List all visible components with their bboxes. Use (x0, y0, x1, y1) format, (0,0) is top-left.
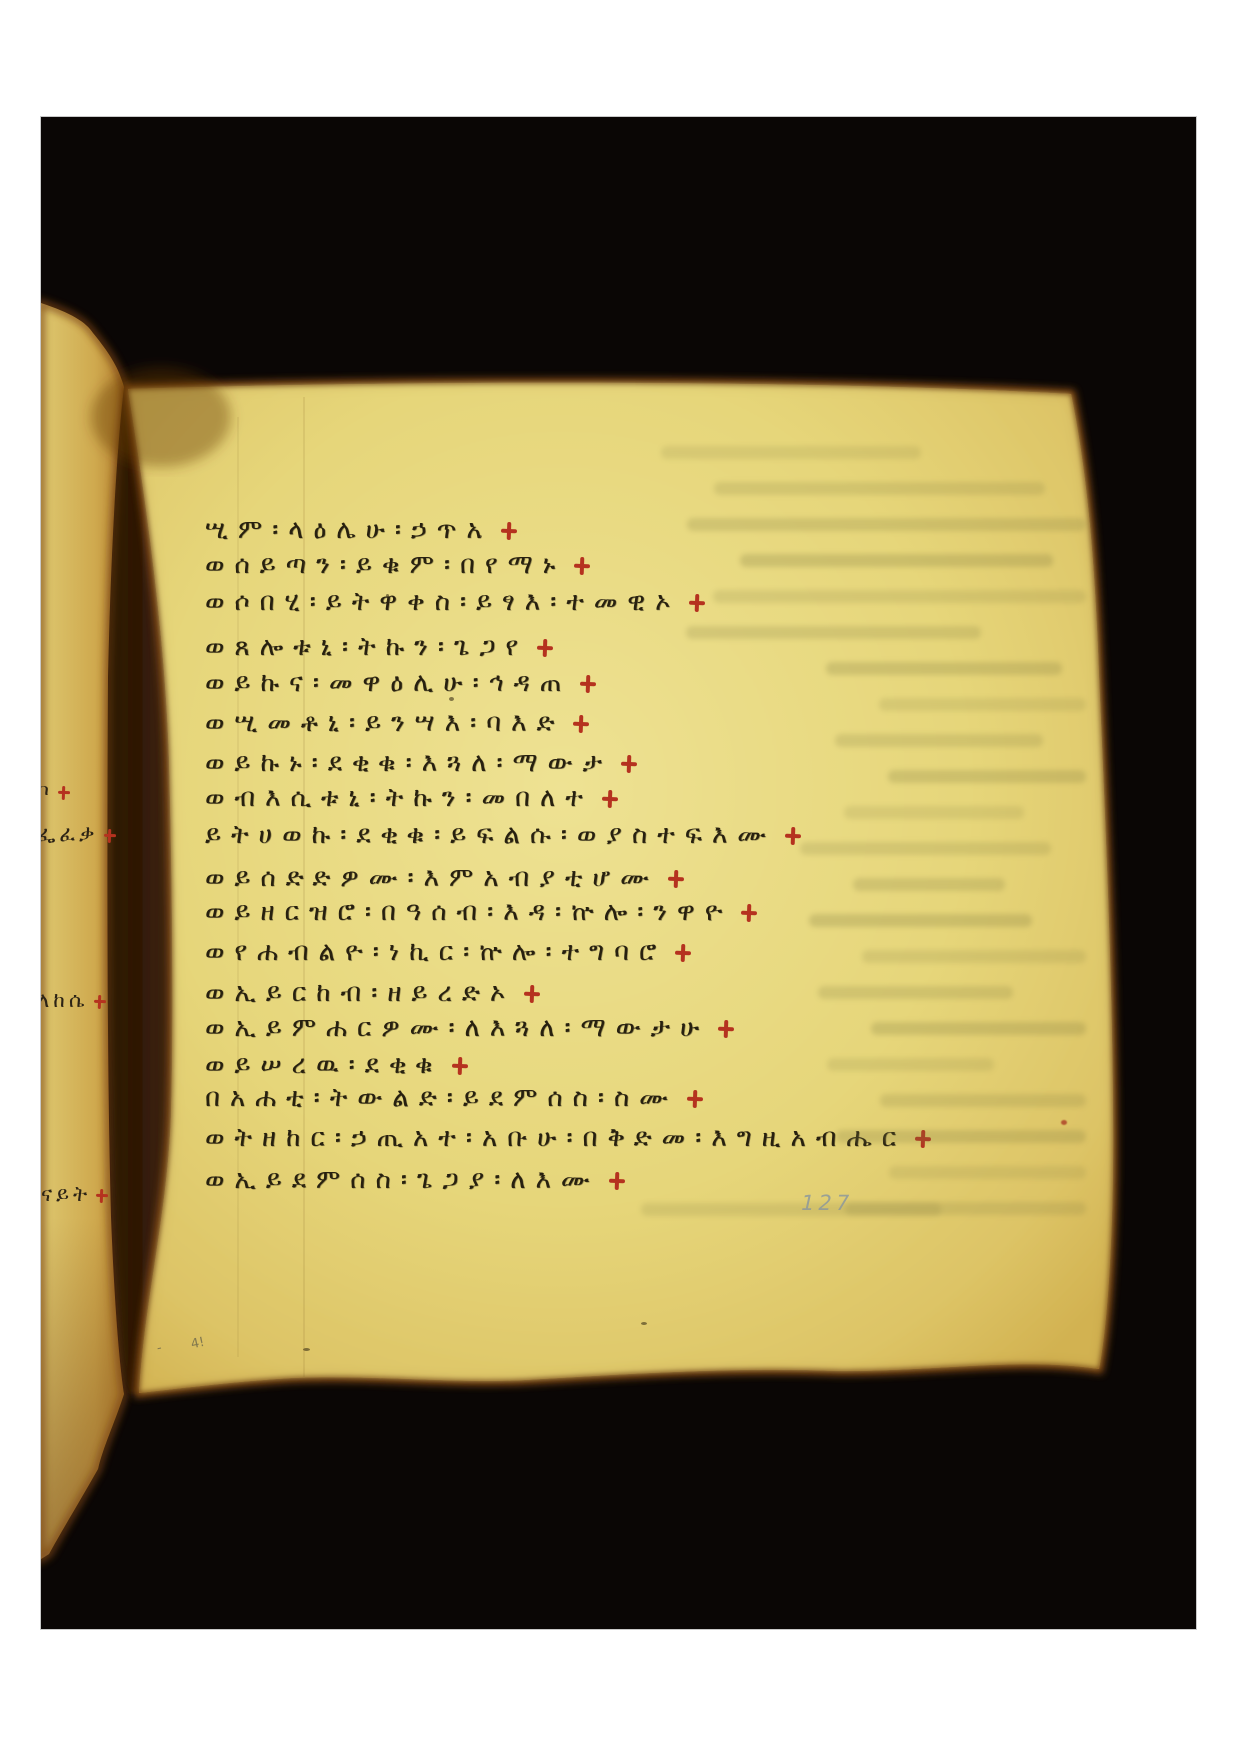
red-cross-separator (718, 1020, 735, 1039)
ghost-text-row (827, 1058, 994, 1071)
ghost-text-row (871, 1022, 1086, 1035)
ghost-text-row (641, 1203, 941, 1216)
geez-text: ለከሴ (40, 988, 89, 1012)
geez-text: ወትዘከር፡ኃጢአተ፡አቡሁ፡በቅድመ፡እግዚአብሔር (205, 1123, 906, 1153)
red-cross-separator (500, 522, 517, 541)
geez-text: ናይት (41, 1182, 91, 1206)
pencil-mark: 4! (190, 1335, 206, 1352)
ghost-text-row (809, 914, 1032, 927)
folio-number-pencil: 127 (798, 1191, 855, 1215)
text-line: ወኢይርከብ፡ዘይረድኦ (205, 979, 540, 1007)
text-line: ወይሠረዉ፡ደቂቁ (205, 1051, 468, 1079)
ink-speck (386, 594, 389, 597)
ghost-text-row (686, 626, 981, 639)
red-cross-separator (580, 675, 597, 694)
text-line: ወይሰድድዎሙ፡እምአብያቲሆሙ (205, 864, 684, 892)
geez-text: ወይዘርዝሮ፡በዓሰብ፡እዳ፡ኵሎ፡ንዋዮ (205, 897, 732, 927)
ghost-text-row (800, 842, 1051, 855)
ghost-text-row (844, 806, 1024, 819)
red-cross-separator (785, 827, 802, 846)
geez-text: ወይሠረዉ፡ደቂቁ (205, 1050, 443, 1080)
red-cross-separator (96, 1189, 108, 1203)
geez-text: ወይኩና፡መዋዕሊሁ፡ኅዳጠ (205, 668, 571, 698)
text-line: ወይኩኑ፡ደቂቁ፡እጓለ፡ማውታ (205, 749, 637, 777)
ghost-text-row (661, 446, 921, 459)
red-cross-separator (93, 995, 105, 1009)
text-line: ወኢይደምሰስ፡ጌጋያ፡ለእሙ (205, 1166, 625, 1194)
geez-text: ወሶበሂ፡ይትዋቀስ፡ይፃእ፡ተመዊኦ (205, 587, 680, 617)
ghost-text-row (879, 698, 1086, 711)
text-line: ወጸሎቱኒ፡ትኩን፡ጌጋየ (205, 633, 553, 661)
red-cross-separator (574, 557, 591, 576)
ghost-text-row (714, 482, 1045, 495)
scanned-manuscript-image: { "photo": { "background_color": "#0a060… (0, 0, 1238, 1753)
geez-text: ቦ (40, 779, 53, 803)
ghost-text-row (826, 662, 1062, 675)
geez-text: ወኢይርከብ፡ዘይረድኦ (205, 978, 515, 1008)
ghost-text-row (862, 950, 1086, 963)
red-cross-separator (524, 985, 541, 1004)
text-line: ወይዘርዝሮ፡በዓሰብ፡እዳ፡ኵሎ፡ንዋዮ (205, 898, 757, 926)
ghost-text-row (853, 878, 1005, 891)
pencil-mark: - (155, 1341, 163, 1357)
ghost-text-row (818, 986, 1013, 999)
geez-text: ሢም፡ላዕሌሁ፡ኃጥአ (205, 515, 492, 545)
red-cross-separator (58, 786, 70, 800)
text-line: ወብእሲቱኒ፡ትኩን፡መበለተ (205, 784, 618, 812)
red-cross-separator (608, 1172, 625, 1191)
ink-speck (478, 535, 482, 538)
text-line: ሢም፡ላዕሌሁ፡ኃጥአ (205, 516, 517, 544)
red-cross-separator (103, 829, 115, 843)
geez-text: ወሢመቶኒ፡ይንሣእ፡ባእድ (205, 708, 564, 738)
red-cross-separator (537, 639, 554, 658)
text-line: ይትሀወኩ፡ደቂቁ፡ይፍልሱ፡ወያስተፍእሙ (205, 821, 801, 849)
geez-text: ይትሀወኩ፡ደቂቁ፡ይፍልሱ፡ወያስተፍእሙ (205, 820, 776, 850)
ghost-text-row (880, 1094, 1086, 1107)
ghost-text-row (888, 770, 1086, 783)
ink-speck (641, 1322, 647, 1325)
parchment-fold-line (303, 397, 305, 1377)
text-line: ወትዘከር፡ኃጢአተ፡አቡሁ፡በቅድመ፡እግዚአብሔር (205, 1124, 931, 1152)
geez-text: ወኢይደምሰስ፡ጌጋያ፡ለእሙ (205, 1165, 600, 1195)
facing-page-text-fragment: ቦ (40, 779, 70, 804)
text-line: ወኢይምሐርዎሙ፡ለእጓለ፡ማውታሁ (205, 1014, 734, 1042)
geez-text: በአሐቲ፡ትውልድ፡ይደምሰስ፡ስሙ (205, 1083, 678, 1113)
red-cross-separator (573, 715, 590, 734)
facing-page-text-fragment: ፌፈቃ (40, 822, 116, 847)
red-cross-separator (621, 755, 638, 774)
red-ink-dot (1061, 1120, 1067, 1125)
facing-page-text-fragment: ለከሴ (40, 988, 106, 1013)
red-cross-separator (668, 870, 685, 889)
geez-text: ፌፈቃ (40, 822, 99, 846)
geez-text: ወይሰድድዎሙ፡እምአብያቲሆሙ (205, 863, 659, 893)
red-cross-separator (451, 1057, 468, 1076)
text-line: ወሢመቶኒ፡ይንሣእ፡ባእድ (205, 709, 589, 737)
red-cross-separator (675, 944, 692, 963)
geez-text: ወየሐብልዮ፡ነኪር፡ኵሎ፡ተግባሮ (205, 937, 666, 967)
geez-text: ወኢይምሐርዎሙ፡ለእጓለ፡ማውታሁ (205, 1013, 709, 1043)
red-cross-separator (687, 1090, 704, 1109)
facing-page-text-fragment: ናይት (41, 1182, 108, 1207)
text-line: ወይኩና፡መዋዕሊሁ፡ኅዳጠ (205, 669, 596, 697)
manuscript-photo: ሢም፡ላዕሌሁ፡ኃጥአወሰይጣን፡ይቁም፡በየማኑወሶበሂ፡ይትዋቀስ፡ይፃእ፡… (40, 116, 1197, 1630)
text-line: በአሐቲ፡ትውልድ፡ይደምሰስ፡ስሙ (205, 1084, 703, 1112)
text-line: ወሰይጣን፡ይቁም፡በየማኑ (205, 551, 590, 579)
ink-speck (449, 697, 454, 701)
ghost-text-row (740, 554, 1053, 567)
geez-text: ወይኩኑ፡ደቂቁ፡እጓለ፡ማውታ (205, 748, 612, 778)
red-cross-separator (601, 790, 618, 809)
geez-text: ወጸሎቱኒ፡ትኩን፡ጌጋየ (205, 632, 528, 662)
ghost-text-row (836, 1130, 1086, 1143)
geez-text: ወብእሲቱኒ፡ትኩን፡መበለተ (205, 783, 593, 813)
text-line: ወየሐብልዮ፡ነኪር፡ኵሎ፡ተግባሮ (205, 938, 691, 966)
red-cross-separator (689, 594, 706, 613)
ghost-text-row (713, 590, 1086, 603)
ghost-text-row (687, 518, 1086, 531)
ghost-text-row (835, 734, 1043, 747)
text-line: ወሶበሂ፡ይትዋቀስ፡ይፃእ፡ተመዊኦ (205, 588, 705, 616)
geez-text: ወሰይጣን፡ይቁም፡በየማኑ (205, 550, 565, 580)
red-cross-separator (741, 904, 758, 923)
page-content-layer: ሢም፡ላዕሌሁ፡ኃጥአወሰይጣን፡ይቁም፡በየማኑወሶበሂ፡ይትዋቀስ፡ይፃእ፡… (41, 117, 1196, 1629)
parchment-fold-line (237, 417, 239, 1357)
ghost-text-row (889, 1166, 1086, 1179)
